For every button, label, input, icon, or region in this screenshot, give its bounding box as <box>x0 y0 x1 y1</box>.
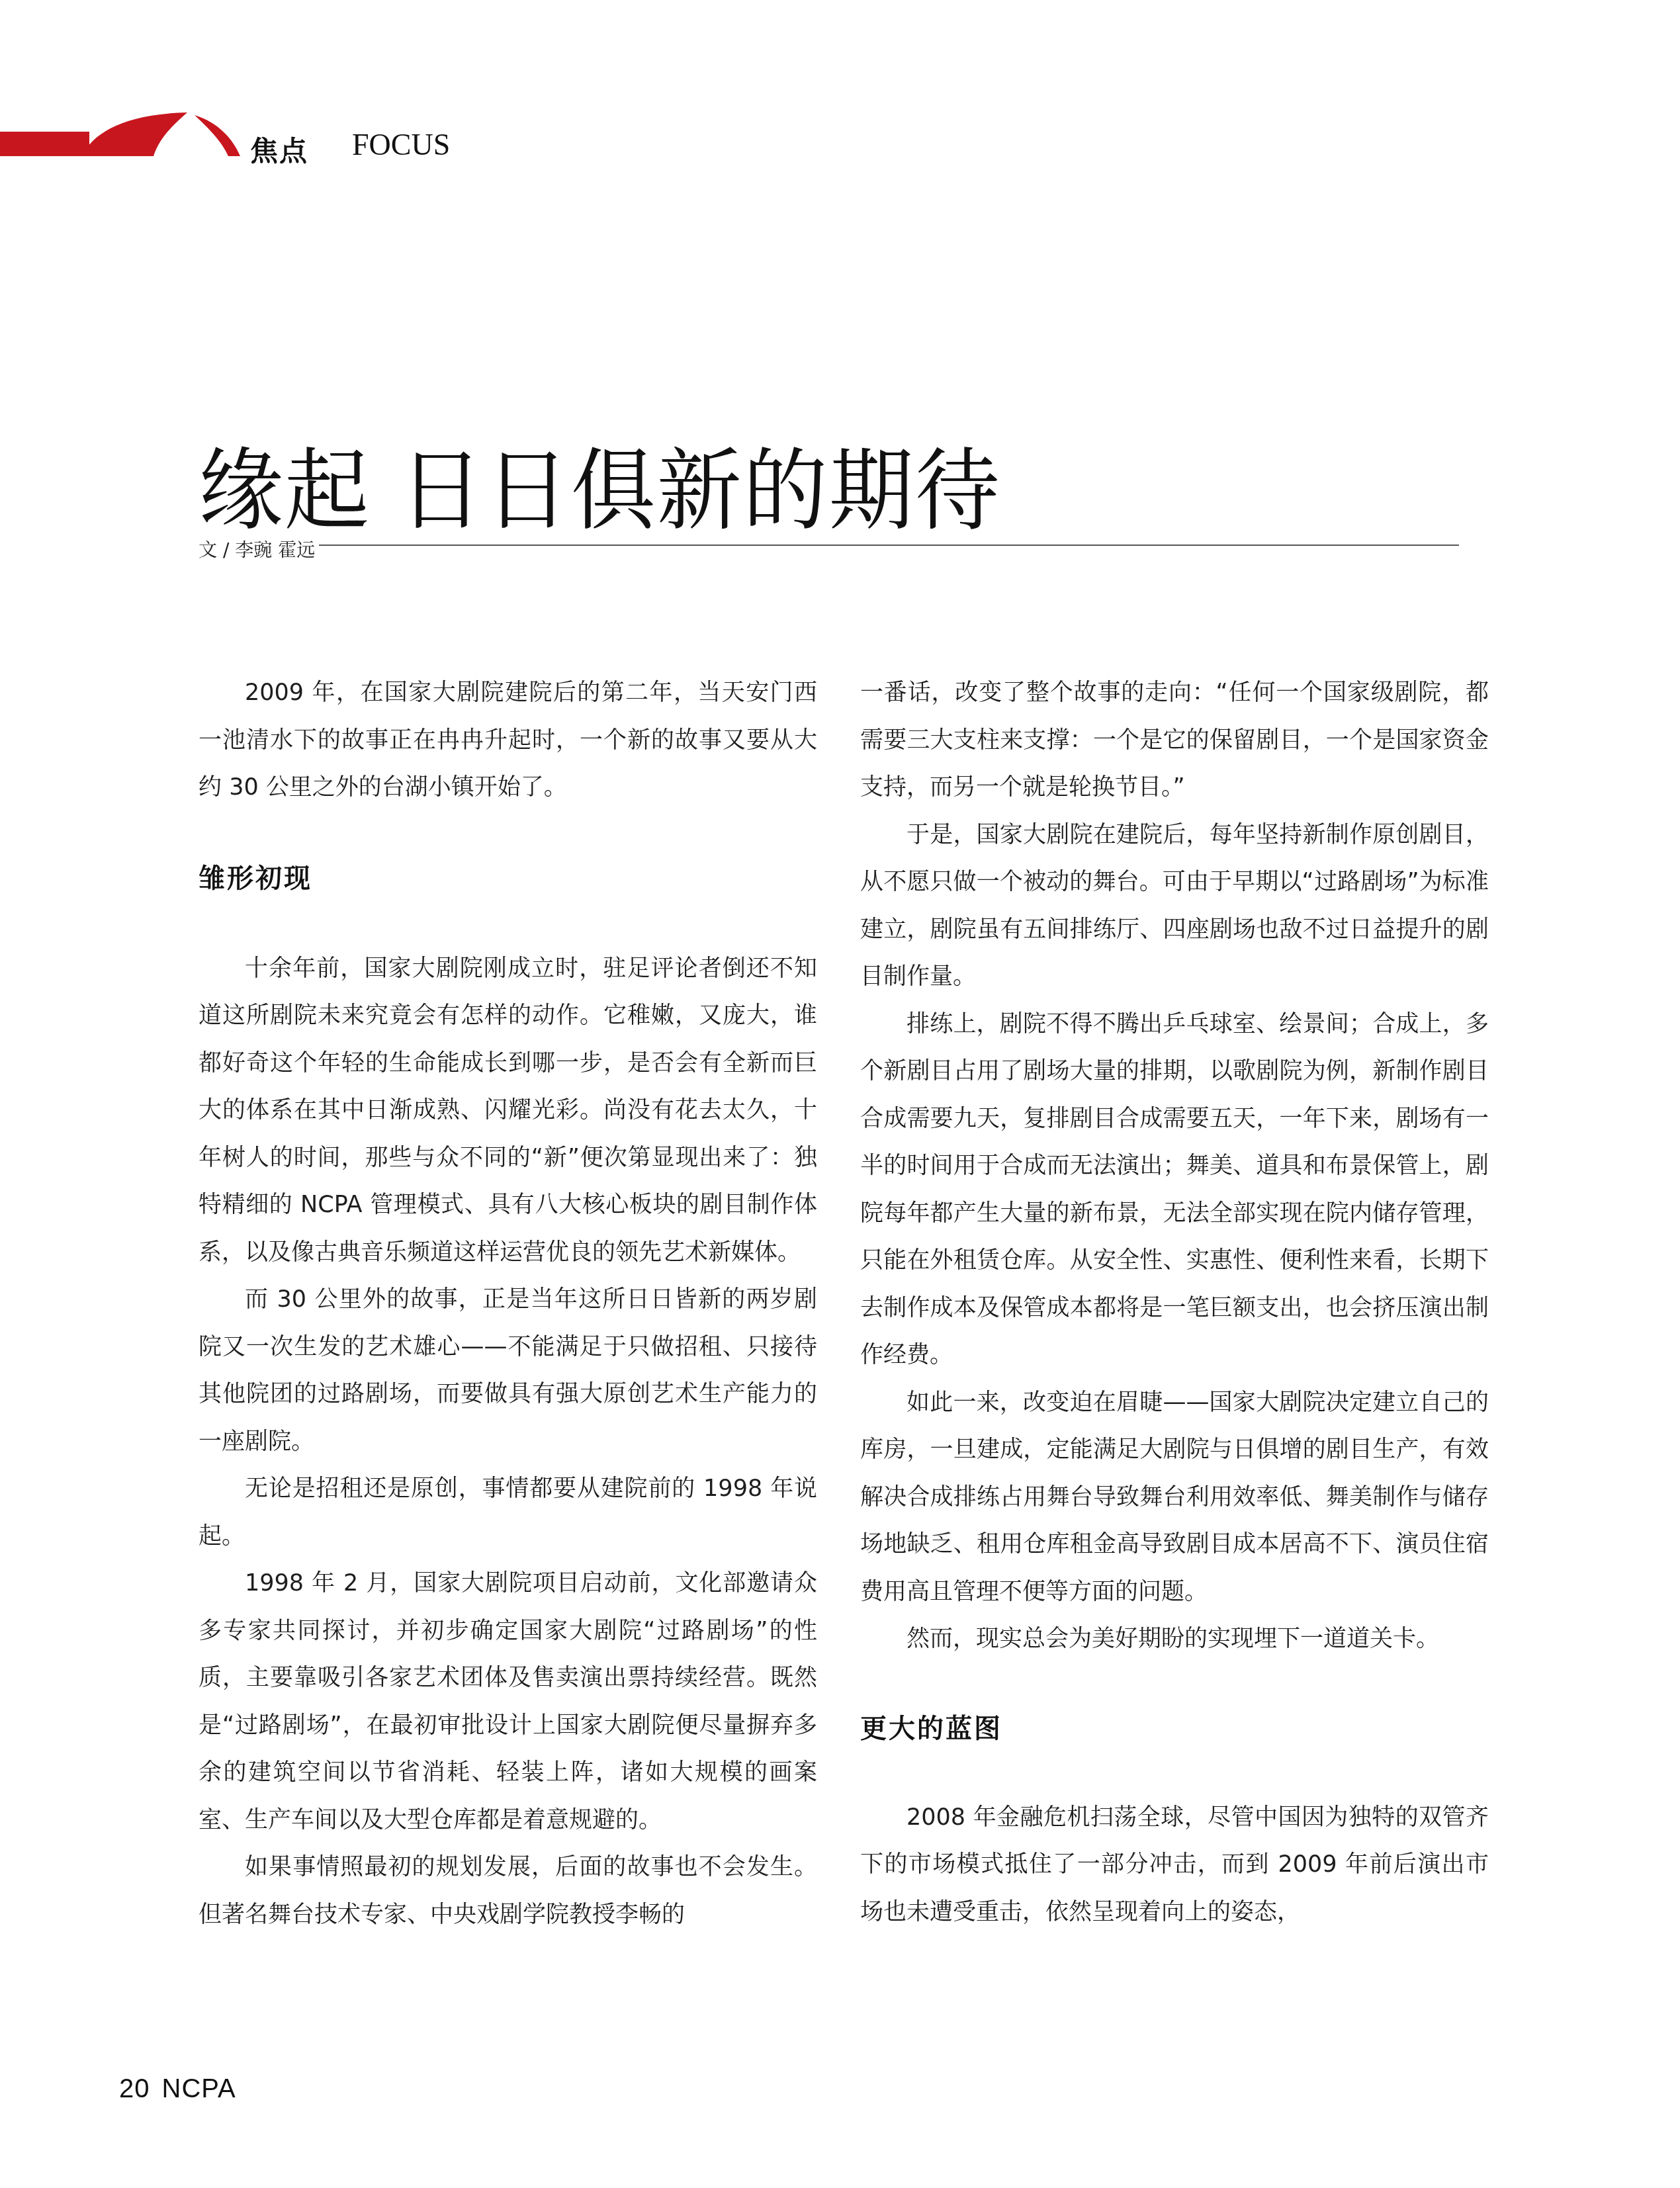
left-column: 2009 年，在国家大剧院建院后的第二年，当天安门西一池清水下的故事正在冉冉升起… <box>199 670 817 1939</box>
page-folio: 20NCPA <box>119 2074 236 2104</box>
subheading: 更大的蓝图 <box>860 1699 1489 1759</box>
paragraph: 十余年前，国家大剧院刚成立时，驻足评论者倒还不知道这所剧院未来究竟会有怎样的动作… <box>199 945 817 1277</box>
paragraph: 2009 年，在国家大剧院建院后的第二年，当天安门西一池清水下的故事正在冉冉升起… <box>199 670 817 812</box>
paragraph: 排练上，剧院不得不腾出乒乓球室、绘景间；合成上，多个新剧目占用了剧场大量的排期，… <box>860 1001 1489 1379</box>
paragraph-continued: 一番话，改变了整个故事的走向：“任何一个国家级剧院，都需要三大支柱来支撑：一个是… <box>860 670 1489 812</box>
article-title: 缘起 日日俱新的期待 <box>199 419 1001 547</box>
right-column: 一番话，改变了整个故事的走向：“任何一个国家级剧院，都需要三大支柱来支撑：一个是… <box>860 670 1489 1936</box>
paragraph: 无论是招租还是原创，事情都要从建院前的 1998 年说起。 <box>199 1466 817 1560</box>
paragraph: 然而，现实总会为美好期盼的实现埋下一道道关卡。 <box>860 1616 1489 1663</box>
byline-divider <box>319 545 1459 546</box>
paragraph: 2008 年金融危机扫荡全球，尽管中国因为独特的双管齐下的市场模式抵住了一部分冲… <box>860 1794 1489 1937</box>
page-number: 20 <box>119 2074 150 2103</box>
paragraph: 如果事情照最初的规划发展，后面的故事也不会发生。但著名舞台技术专家、中央戏剧学院… <box>199 1844 817 1939</box>
paragraph: 如此一来，改变迫在眉睫——国家大剧院决定建立自己的库房，一旦建成，定能满足大剧院… <box>860 1379 1489 1616</box>
paragraph: 而 30 公里外的故事，正是当年这所日日皆新的两岁剧院又一次生发的艺术雄心——不… <box>199 1276 817 1466</box>
section-label-en: FOCUS <box>352 127 450 162</box>
byline: 文 / 李豌 霍远 <box>199 536 315 562</box>
paragraph: 于是，国家大剧院在建院后，每年坚持新制作原创剧目，从不愿只做一个被动的舞台。可由… <box>860 812 1489 1001</box>
paragraph: 1998 年 2 月，国家大剧院项目启动前，文化部邀请众多专家共同探讨，并初步确… <box>199 1560 817 1844</box>
section-label-cn: 焦点 <box>250 130 308 169</box>
subheading: 雏形初现 <box>199 849 817 908</box>
publication-name: NCPA <box>162 2074 236 2103</box>
